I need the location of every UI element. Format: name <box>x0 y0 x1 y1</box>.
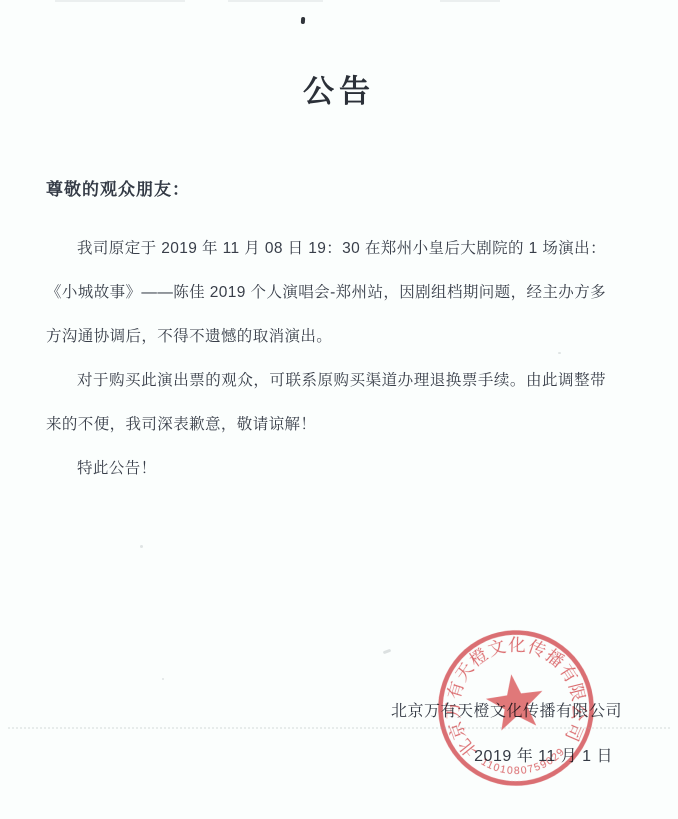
scan-speck <box>162 678 164 680</box>
seal-star-icon <box>483 670 547 732</box>
greeting-line: 尊敬的观众朋友： <box>46 175 190 200</box>
page-title: 公告 <box>0 66 678 111</box>
seal-serial-holder: 1101080759029 <box>478 744 571 782</box>
scan-edge-mark <box>440 0 500 2</box>
seal-serial-number: 1101080759029 <box>478 744 571 782</box>
paragraph-refund-instructions: 对于购买此演出票的观众，可联系原购买渠道办理退换票手续。由此调整带来的不便，我司… <box>46 359 606 447</box>
scan-edge-mark <box>55 0 185 2</box>
scan-speck <box>383 649 392 655</box>
company-seal-stamp: 北京万有天橙文化传播有限公司 1101080759029 <box>425 617 608 800</box>
paragraph-cancellation-notice: 我司原定于 2019 年 11 月 08 日 19：30 在郑州小皇后大剧院的 … <box>46 227 606 359</box>
paragraph-closing: 特此公告！ <box>46 447 606 491</box>
scan-speck <box>140 545 143 548</box>
announcement-document: 公告 尊敬的观众朋友： 我司原定于 2019 年 11 月 08 日 19：30… <box>0 0 678 819</box>
scan-ink-dot <box>301 17 305 24</box>
announcement-body: 我司原定于 2019 年 11 月 08 日 19：30 在郑州小皇后大剧院的 … <box>46 227 606 491</box>
scan-edge-mark <box>228 0 323 2</box>
